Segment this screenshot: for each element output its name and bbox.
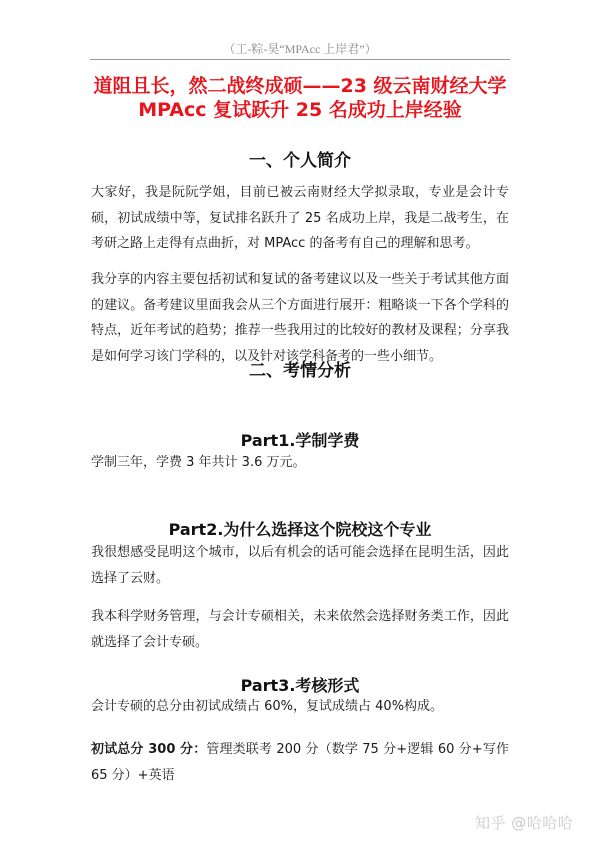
document-page: （工-粽-昊“MPAcc 上岸君”） 道阻且长，然二战终成硕——23 级云南财经… bbox=[0, 0, 600, 846]
header-divider bbox=[90, 59, 510, 60]
section-heading-analysis: 二、考情分析 bbox=[60, 356, 540, 381]
part1-paragraph: 学制三年，学费 3 年共计 3.6 万元。 bbox=[91, 450, 509, 476]
part2-paragraph-2: 我本科学财务管理，与会计专硕相关，未来依然会选择财务类工作，因此就选择了会计专硕… bbox=[91, 604, 509, 655]
article-title: 道阻且长，然二战终成硕——23 级云南财经大学 MPAcc 复试跃升 25 名成… bbox=[60, 74, 540, 122]
score-line: 初试总分 300 分：管理类联考 200 分（数学 75 分+逻辑 60 分+写… bbox=[91, 737, 509, 788]
zhihu-watermark: 知乎 @哈哈哈 bbox=[475, 812, 573, 833]
part2-paragraph-1: 我很想感受昆明这个城市，以后有机会的话可能会选择在昆明生活，因此选择了云财。 bbox=[91, 540, 509, 591]
part3-heading: Part3.考核形式 bbox=[60, 673, 540, 696]
intro-paragraph-2: 我分享的内容主要包括初试和复试的备考建议以及一些关于考试其他方面的建议。备考建议… bbox=[91, 267, 509, 369]
intro-paragraph-1: 大家好，我是阮阮学姐，目前已被云南财经大学拟录取，专业是会计专硕，初试成绩中等，… bbox=[91, 180, 509, 257]
running-header: （工-粽-昊“MPAcc 上岸君”） bbox=[90, 40, 510, 57]
title-line-1: 道阻且长，然二战终成硕——23 级云南财经大学 bbox=[60, 74, 540, 98]
title-line-2: MPAcc 复试跃升 25 名成功上岸经验 bbox=[60, 98, 540, 122]
section-heading-intro: 一、个人简介 bbox=[60, 146, 540, 171]
part2-heading: Part2.为什么选择这个院校这个专业 bbox=[60, 517, 540, 540]
part1-heading: Part1.学制学费 bbox=[60, 428, 540, 451]
part3-paragraph: 会计专硕的总分由初试成绩占 60%，复试成绩占 40%构成。 bbox=[91, 694, 509, 720]
score-line-label: 初试总分 300 分： bbox=[91, 742, 206, 757]
